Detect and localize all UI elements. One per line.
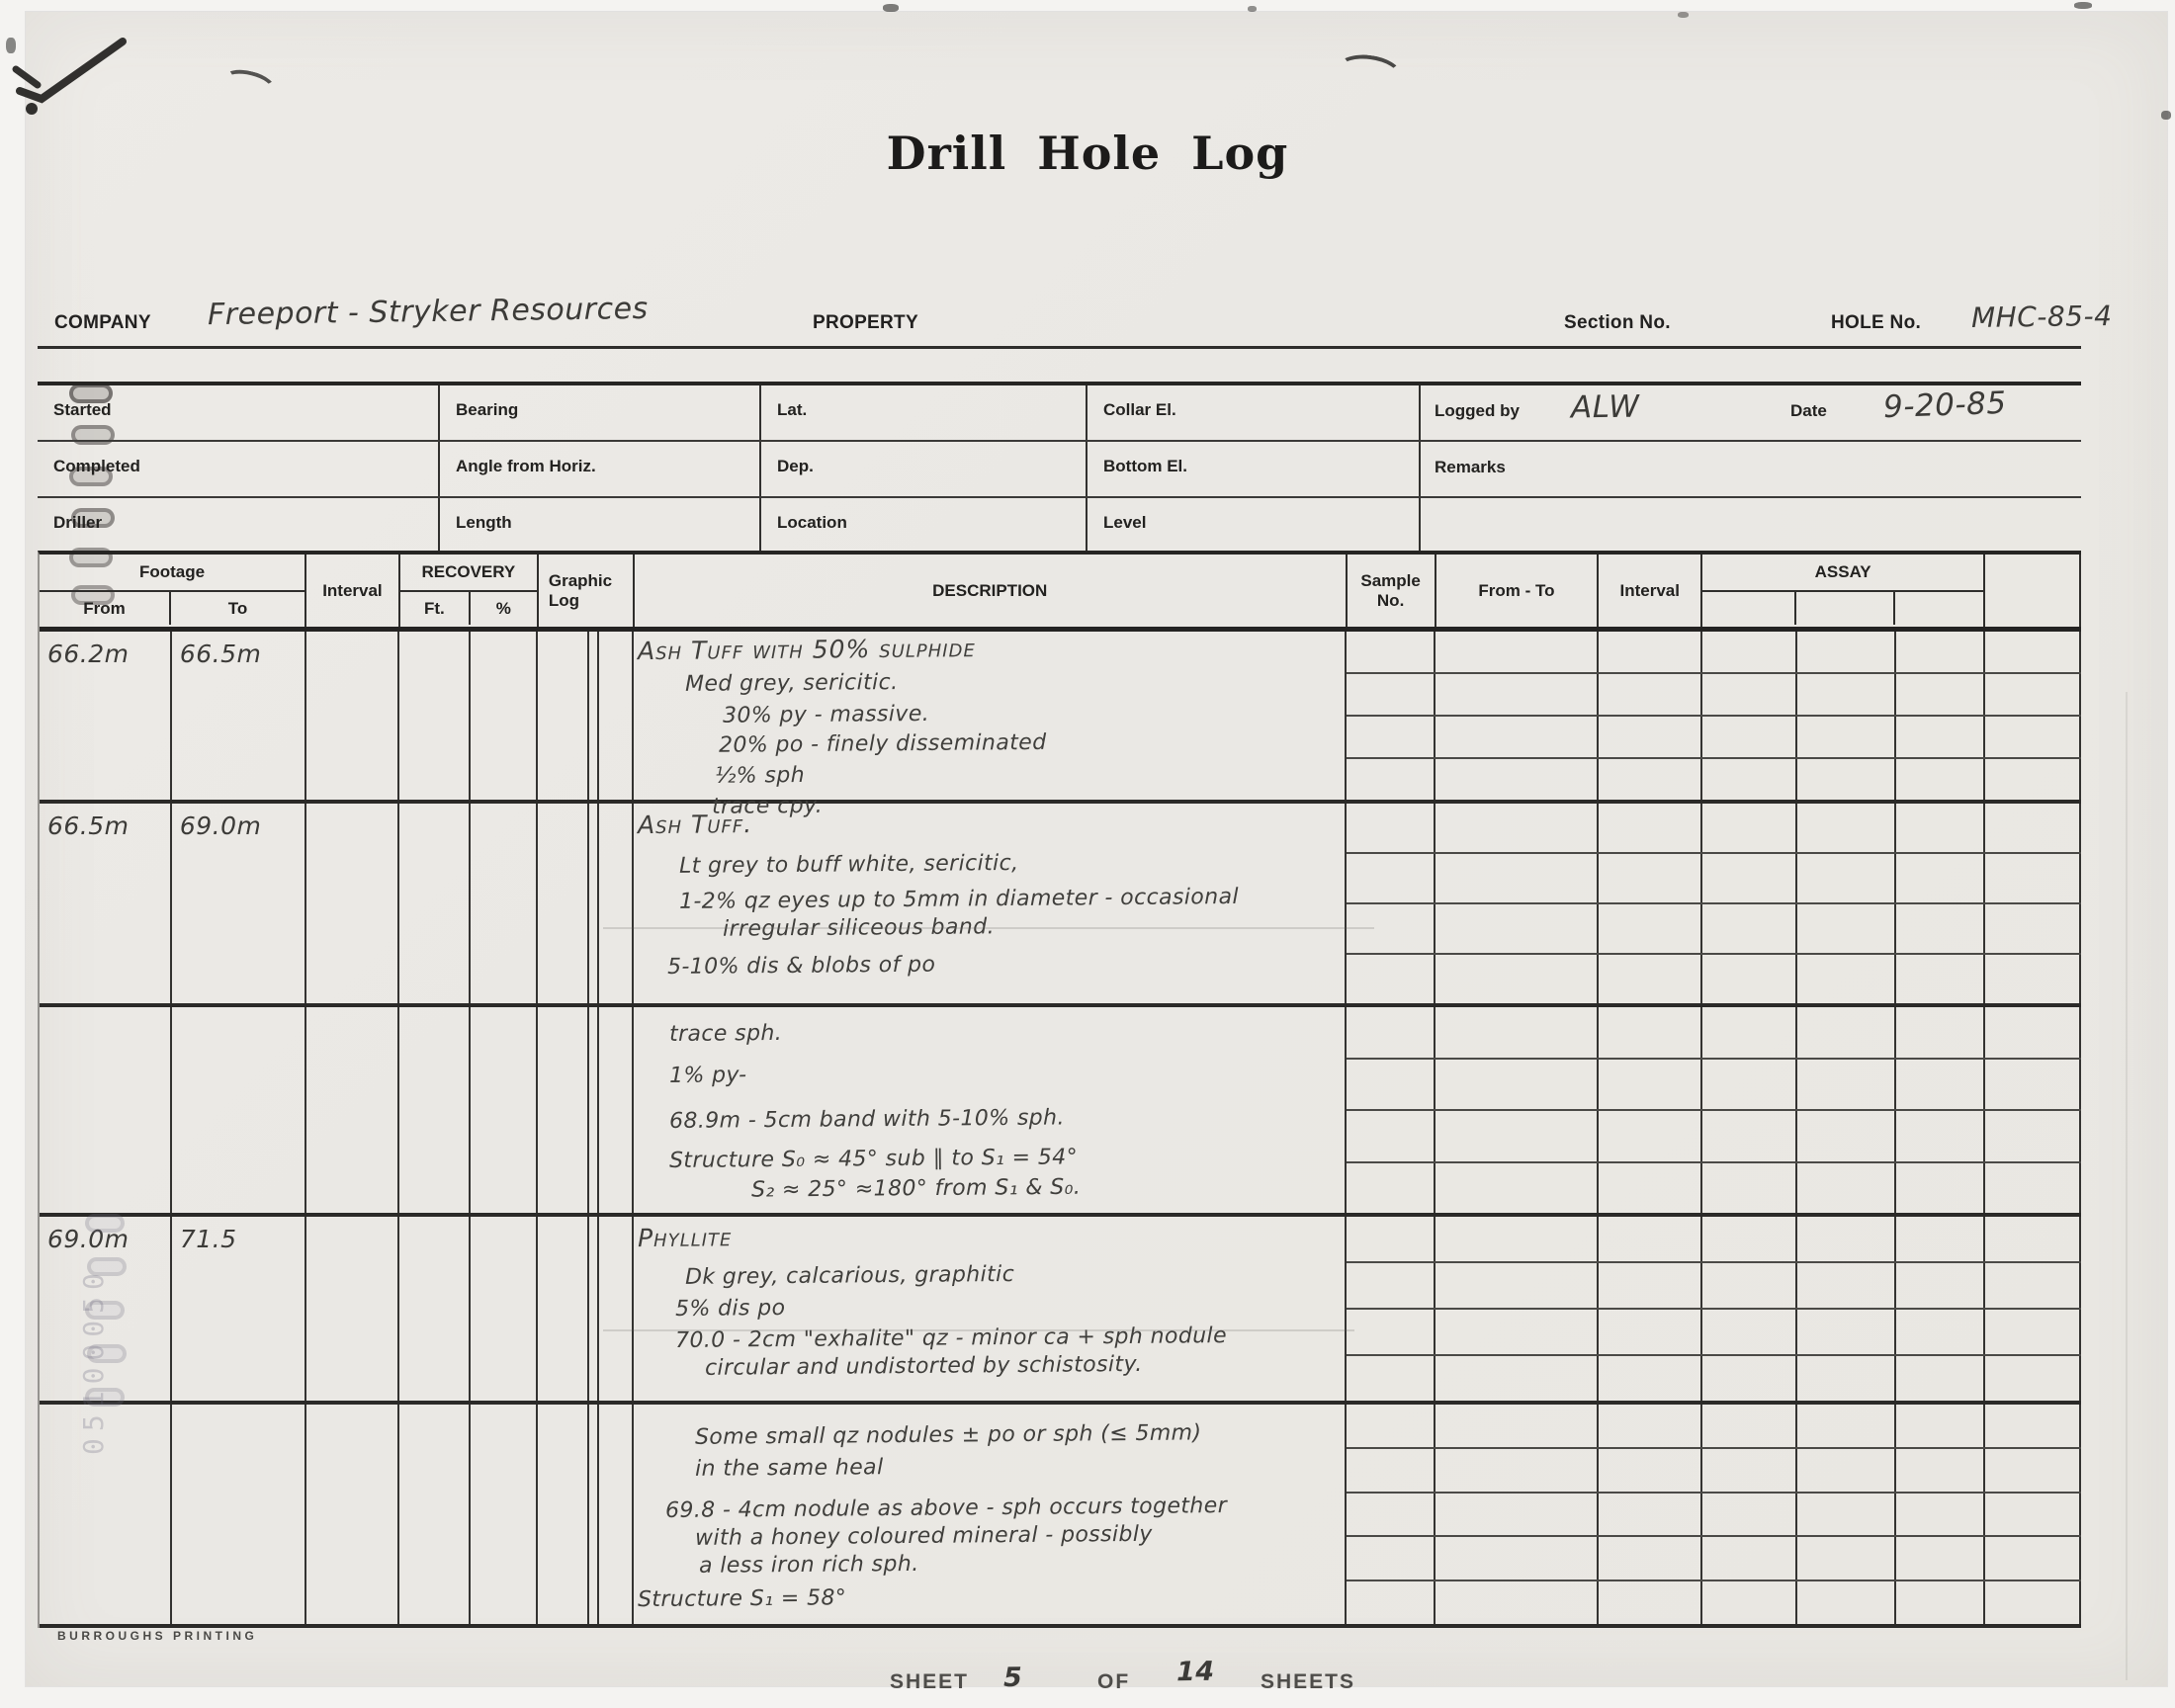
from-header: From bbox=[40, 592, 171, 625]
company-value-handwritten: Freeport - Stryker Resources bbox=[208, 292, 649, 332]
to-header: To bbox=[171, 592, 304, 625]
percent-header: % bbox=[471, 592, 537, 625]
description-line: circular and undistorted by schistosity. bbox=[705, 1350, 1345, 1382]
sheets-label: SHEETS bbox=[1261, 1670, 1355, 1694]
sample-assay-grid bbox=[1347, 804, 2081, 1003]
description-line: Ash Tuff. bbox=[638, 807, 1345, 838]
to-value: 71.5 bbox=[180, 1225, 237, 1253]
recovery-ft-cell bbox=[399, 1405, 471, 1624]
info-cell-logged-by-date: Logged by ALW Date 9-20-85 bbox=[1421, 385, 2081, 440]
description-line: 70.0 - 2cm "exhalite" qz - minor ca + sp… bbox=[675, 1323, 1345, 1354]
description-line: Structure S₀ ≈ 45° sub ∥ to S₁ = 54° bbox=[669, 1143, 1345, 1174]
description-cell: Some small qz nodules ± po or sph (≤ 5mm… bbox=[634, 1405, 1347, 1624]
graphic-log-strip bbox=[587, 804, 599, 1003]
stamp-number-text: 05100050 bbox=[77, 1208, 110, 1455]
assay-header-group: ASSAY bbox=[1702, 555, 1985, 627]
log-table-header: Footage From To Interval RECOVERY Ft. % … bbox=[40, 555, 2081, 632]
assay-header: ASSAY bbox=[1702, 555, 1983, 592]
pencil-guideline bbox=[603, 927, 1374, 929]
sample-header-line2: No. bbox=[1377, 591, 1404, 611]
description-line: in the same heal bbox=[695, 1451, 1345, 1483]
date-value-handwritten: 9-20-85 bbox=[1882, 385, 2007, 425]
log-block-4: 69.0m 71.5 Phyllite Dk grey, calcarious,… bbox=[40, 1217, 2081, 1405]
interval-cell bbox=[306, 1217, 400, 1401]
description-line: a less iron rich sph. bbox=[699, 1548, 1345, 1580]
info-cell-bearing: Bearing bbox=[440, 385, 761, 440]
pencil-guideline bbox=[603, 1329, 1354, 1331]
interval-cell bbox=[306, 804, 400, 1003]
sample-row bbox=[1347, 1111, 2081, 1163]
sample-row bbox=[1347, 1007, 2081, 1060]
recovery-pct-cell bbox=[471, 1007, 538, 1213]
hole-number-label: HOLE No. bbox=[1831, 312, 1921, 334]
sample-interval-header: Interval bbox=[1599, 555, 1702, 627]
recovery-header: RECOVERY bbox=[400, 555, 537, 592]
from-value: 66.2m bbox=[47, 640, 130, 668]
recovery-ft-cell bbox=[399, 632, 471, 800]
ft-header: Ft. bbox=[400, 592, 471, 625]
sample-row bbox=[1347, 804, 2081, 854]
sample-row bbox=[1347, 955, 2081, 1003]
info-cell-angle: Angle from Horiz. bbox=[440, 442, 761, 496]
total-sheets-handwritten: 14 bbox=[1176, 1657, 1215, 1688]
drill-log-table: Footage From To Interval RECOVERY Ft. % … bbox=[38, 551, 2081, 1628]
scan-speck bbox=[1248, 6, 1257, 12]
description-line: 20% po - finely disseminated bbox=[719, 727, 1345, 759]
sheet-number-handwritten: 5 bbox=[1003, 1663, 1023, 1693]
interval-cell bbox=[306, 1405, 400, 1624]
info-row-3: Driller Length Location Level bbox=[38, 498, 2081, 555]
graphic-log-strip bbox=[587, 1007, 599, 1213]
sample-assay-grid bbox=[1347, 1405, 2081, 1624]
to-value-cell bbox=[172, 1007, 306, 1213]
description-line: 1% py- bbox=[669, 1058, 1345, 1089]
description-line: Phyllite bbox=[638, 1220, 1345, 1251]
sample-row bbox=[1347, 1449, 2081, 1494]
recovery-ft-cell bbox=[399, 1217, 471, 1401]
sheet-label: SHEET bbox=[890, 1670, 969, 1694]
scan-speck bbox=[883, 4, 899, 12]
footage-header: Footage bbox=[40, 555, 304, 592]
sample-row bbox=[1347, 904, 2081, 955]
sample-row bbox=[1347, 854, 2081, 904]
graphic-log-cell bbox=[538, 1217, 634, 1401]
from-value-cell bbox=[40, 1007, 172, 1213]
of-label: OF bbox=[1097, 1670, 1130, 1694]
footage-header-group: Footage From To bbox=[40, 555, 306, 627]
sample-no-header: Sample No. bbox=[1348, 555, 1436, 627]
info-cell-driller: Driller bbox=[38, 498, 440, 555]
company-row-underline bbox=[38, 346, 2081, 349]
interval-cell bbox=[306, 632, 400, 800]
logged-by-label: Logged by bbox=[1435, 401, 1520, 421]
info-cell-location: Location bbox=[761, 498, 1087, 555]
description-line: Lt grey to buff white, sericitic, bbox=[679, 848, 1345, 880]
description-line: 68.9m - 5cm band with 5-10% sph. bbox=[669, 1103, 1345, 1135]
info-cell-length: Length bbox=[440, 498, 761, 555]
to-value-cell: 66.5m bbox=[172, 632, 306, 800]
graphic-log-cell bbox=[538, 1007, 634, 1213]
printer-credit: BURROUGHS PRINTING bbox=[57, 1629, 257, 1643]
sample-row bbox=[1347, 1537, 2081, 1581]
section-number-label: Section No. bbox=[1564, 312, 1671, 334]
to-value-cell bbox=[172, 1405, 306, 1624]
log-block-2: 66.5m 69.0m Ash Tuff. Lt grey to buff wh… bbox=[40, 804, 2081, 1007]
info-cell-completed: Completed bbox=[38, 442, 440, 496]
property-label: PROPERTY bbox=[813, 312, 918, 334]
to-value: 69.0m bbox=[180, 811, 262, 840]
description-line: Structure S₁ = 58° bbox=[638, 1581, 1345, 1613]
from-value-cell: 66.2m bbox=[40, 632, 172, 800]
extra-column-header bbox=[1985, 555, 2081, 627]
info-cell-collar-el: Collar El. bbox=[1087, 385, 1421, 440]
scan-speck bbox=[1678, 12, 1689, 18]
date-label: Date bbox=[1790, 401, 1827, 421]
to-value: 66.5m bbox=[180, 640, 262, 668]
sample-row bbox=[1347, 1581, 2081, 1624]
remarks-label: Remarks bbox=[1435, 458, 1506, 477]
log-block-3: trace sph. 1% py- 68.9m - 5cm band with … bbox=[40, 1007, 2081, 1217]
info-cell-level: Level bbox=[1087, 498, 1421, 555]
description-line: trace sph. bbox=[669, 1016, 1345, 1048]
description-line: with a honey coloured mineral - possibly bbox=[695, 1520, 1345, 1552]
description-cell: Ash Tuff. Lt grey to buff white, sericit… bbox=[634, 804, 1347, 1003]
sample-row bbox=[1347, 1310, 2081, 1356]
company-label: COMPANY bbox=[54, 312, 151, 334]
description-cell: Ash Tuff with 50% sulphide Med grey, ser… bbox=[634, 632, 1347, 800]
description-line: Dk grey, calcarious, graphitic bbox=[685, 1259, 1345, 1291]
info-cell-bottom-el: Bottom El. bbox=[1087, 442, 1421, 496]
to-value-cell: 71.5 bbox=[172, 1217, 306, 1401]
info-row-1: Started Bearing Lat. Collar El. Logged b… bbox=[38, 385, 2081, 442]
sample-row bbox=[1347, 1217, 2081, 1263]
sample-row bbox=[1347, 1494, 2081, 1538]
description-line: 5% dis po bbox=[675, 1291, 1345, 1323]
graphic-log-strip bbox=[587, 1217, 599, 1401]
graphic-log-strip bbox=[587, 632, 599, 800]
graphic-header-line2: Log bbox=[549, 591, 579, 611]
sample-header-line1: Sample bbox=[1360, 571, 1420, 591]
sample-row bbox=[1347, 632, 2081, 674]
graphic-log-cell bbox=[538, 632, 634, 800]
scanned-drill-log-page: { "page": { "title": "Drill Hole Log" },… bbox=[0, 0, 2175, 1708]
graphic-log-strip bbox=[587, 1405, 599, 1624]
hole-number-value-handwritten: MHC-85-4 bbox=[1971, 299, 2113, 334]
sample-row bbox=[1347, 759, 2081, 800]
hole-info-grid: Started Bearing Lat. Collar El. Logged b… bbox=[38, 382, 2081, 555]
graphic-header-line1: Graphic bbox=[549, 571, 612, 591]
logged-by-value-handwritten: ALW bbox=[1571, 389, 1640, 426]
copy-streak bbox=[2126, 692, 2128, 1680]
info-row-2: Completed Angle from Horiz. Dep. Bottom … bbox=[38, 442, 2081, 498]
scan-speck bbox=[6, 38, 16, 53]
graphic-log-cell bbox=[538, 804, 634, 1003]
description-line: Some small qz nodules ± po or sph (≤ 5mm… bbox=[695, 1419, 1345, 1451]
recovery-header-group: RECOVERY Ft. % bbox=[400, 555, 539, 627]
sample-row bbox=[1347, 1163, 2081, 1214]
description-line: 30% py - massive. bbox=[723, 698, 1345, 728]
description-line: 69.8 - 4cm nodule as above - sph occurs … bbox=[665, 1493, 1345, 1524]
description-line: 5-10% dis & blobs of po bbox=[667, 949, 1345, 981]
recovery-pct-cell bbox=[471, 804, 538, 1003]
sample-row bbox=[1347, 674, 2081, 717]
sample-from-to-header: From - To bbox=[1436, 555, 1600, 627]
description-line: Med grey, sericitic. bbox=[685, 666, 1345, 698]
to-value-cell: 69.0m bbox=[172, 804, 306, 1003]
sample-row bbox=[1347, 1405, 2081, 1449]
page-title: Drill Hole Log bbox=[0, 127, 2175, 180]
graphic-log-header: Graphic Log bbox=[539, 555, 635, 627]
description-line: 1-2% qz eyes up to 5mm in diameter - occ… bbox=[679, 884, 1345, 915]
recovery-pct-cell bbox=[471, 1217, 538, 1401]
info-cell-blank bbox=[1421, 498, 2081, 555]
recovery-ft-cell bbox=[399, 804, 471, 1003]
description-cell: trace sph. 1% py- 68.9m - 5cm band with … bbox=[634, 1007, 1347, 1213]
description-header: DESCRIPTION bbox=[635, 555, 1348, 627]
interval-header: Interval bbox=[306, 555, 400, 627]
graphic-log-cell bbox=[538, 1405, 634, 1624]
description-line: Ash Tuff with 50% sulphide bbox=[638, 633, 1345, 664]
sample-row bbox=[1347, 1060, 2081, 1112]
recovery-pct-cell bbox=[471, 632, 538, 800]
from-value: 66.5m bbox=[47, 811, 130, 840]
scan-speck bbox=[2161, 111, 2171, 120]
sample-assay-grid bbox=[1347, 632, 2081, 800]
description-line: S₂ ≈ 25° ≈180° from S₁ & S₀. bbox=[751, 1172, 1345, 1203]
log-block-5: Some small qz nodules ± po or sph (≤ 5mm… bbox=[40, 1405, 2081, 1628]
sample-assay-grid bbox=[1347, 1217, 2081, 1401]
assay-subcolumn-1 bbox=[1702, 592, 1796, 625]
description-line: ½% sph bbox=[715, 758, 1345, 790]
recovery-ft-cell bbox=[399, 1007, 471, 1213]
from-value-cell: 66.5m bbox=[40, 804, 172, 1003]
sample-row bbox=[1347, 1356, 2081, 1401]
sample-row bbox=[1347, 717, 2081, 759]
info-cell-dep: Dep. bbox=[761, 442, 1087, 496]
recovery-pct-cell bbox=[471, 1405, 538, 1624]
interval-cell bbox=[306, 1007, 400, 1213]
assay-subcolumn-2 bbox=[1796, 592, 1894, 625]
log-block-1: 66.2m 66.5m Ash Tuff with 50% sulphide M… bbox=[40, 632, 2081, 804]
scan-speck bbox=[2074, 2, 2092, 9]
pen-scribble-mark bbox=[12, 20, 150, 119]
info-cell-lat: Lat. bbox=[761, 385, 1087, 440]
description-cell: Phyllite Dk grey, calcarious, graphitic … bbox=[634, 1217, 1347, 1401]
sample-assay-grid bbox=[1347, 1007, 2081, 1213]
sample-row bbox=[1347, 1263, 2081, 1310]
info-cell-remarks: Remarks bbox=[1421, 442, 2081, 496]
assay-subcolumn-3 bbox=[1895, 592, 1983, 625]
info-cell-started: Started bbox=[38, 385, 440, 440]
